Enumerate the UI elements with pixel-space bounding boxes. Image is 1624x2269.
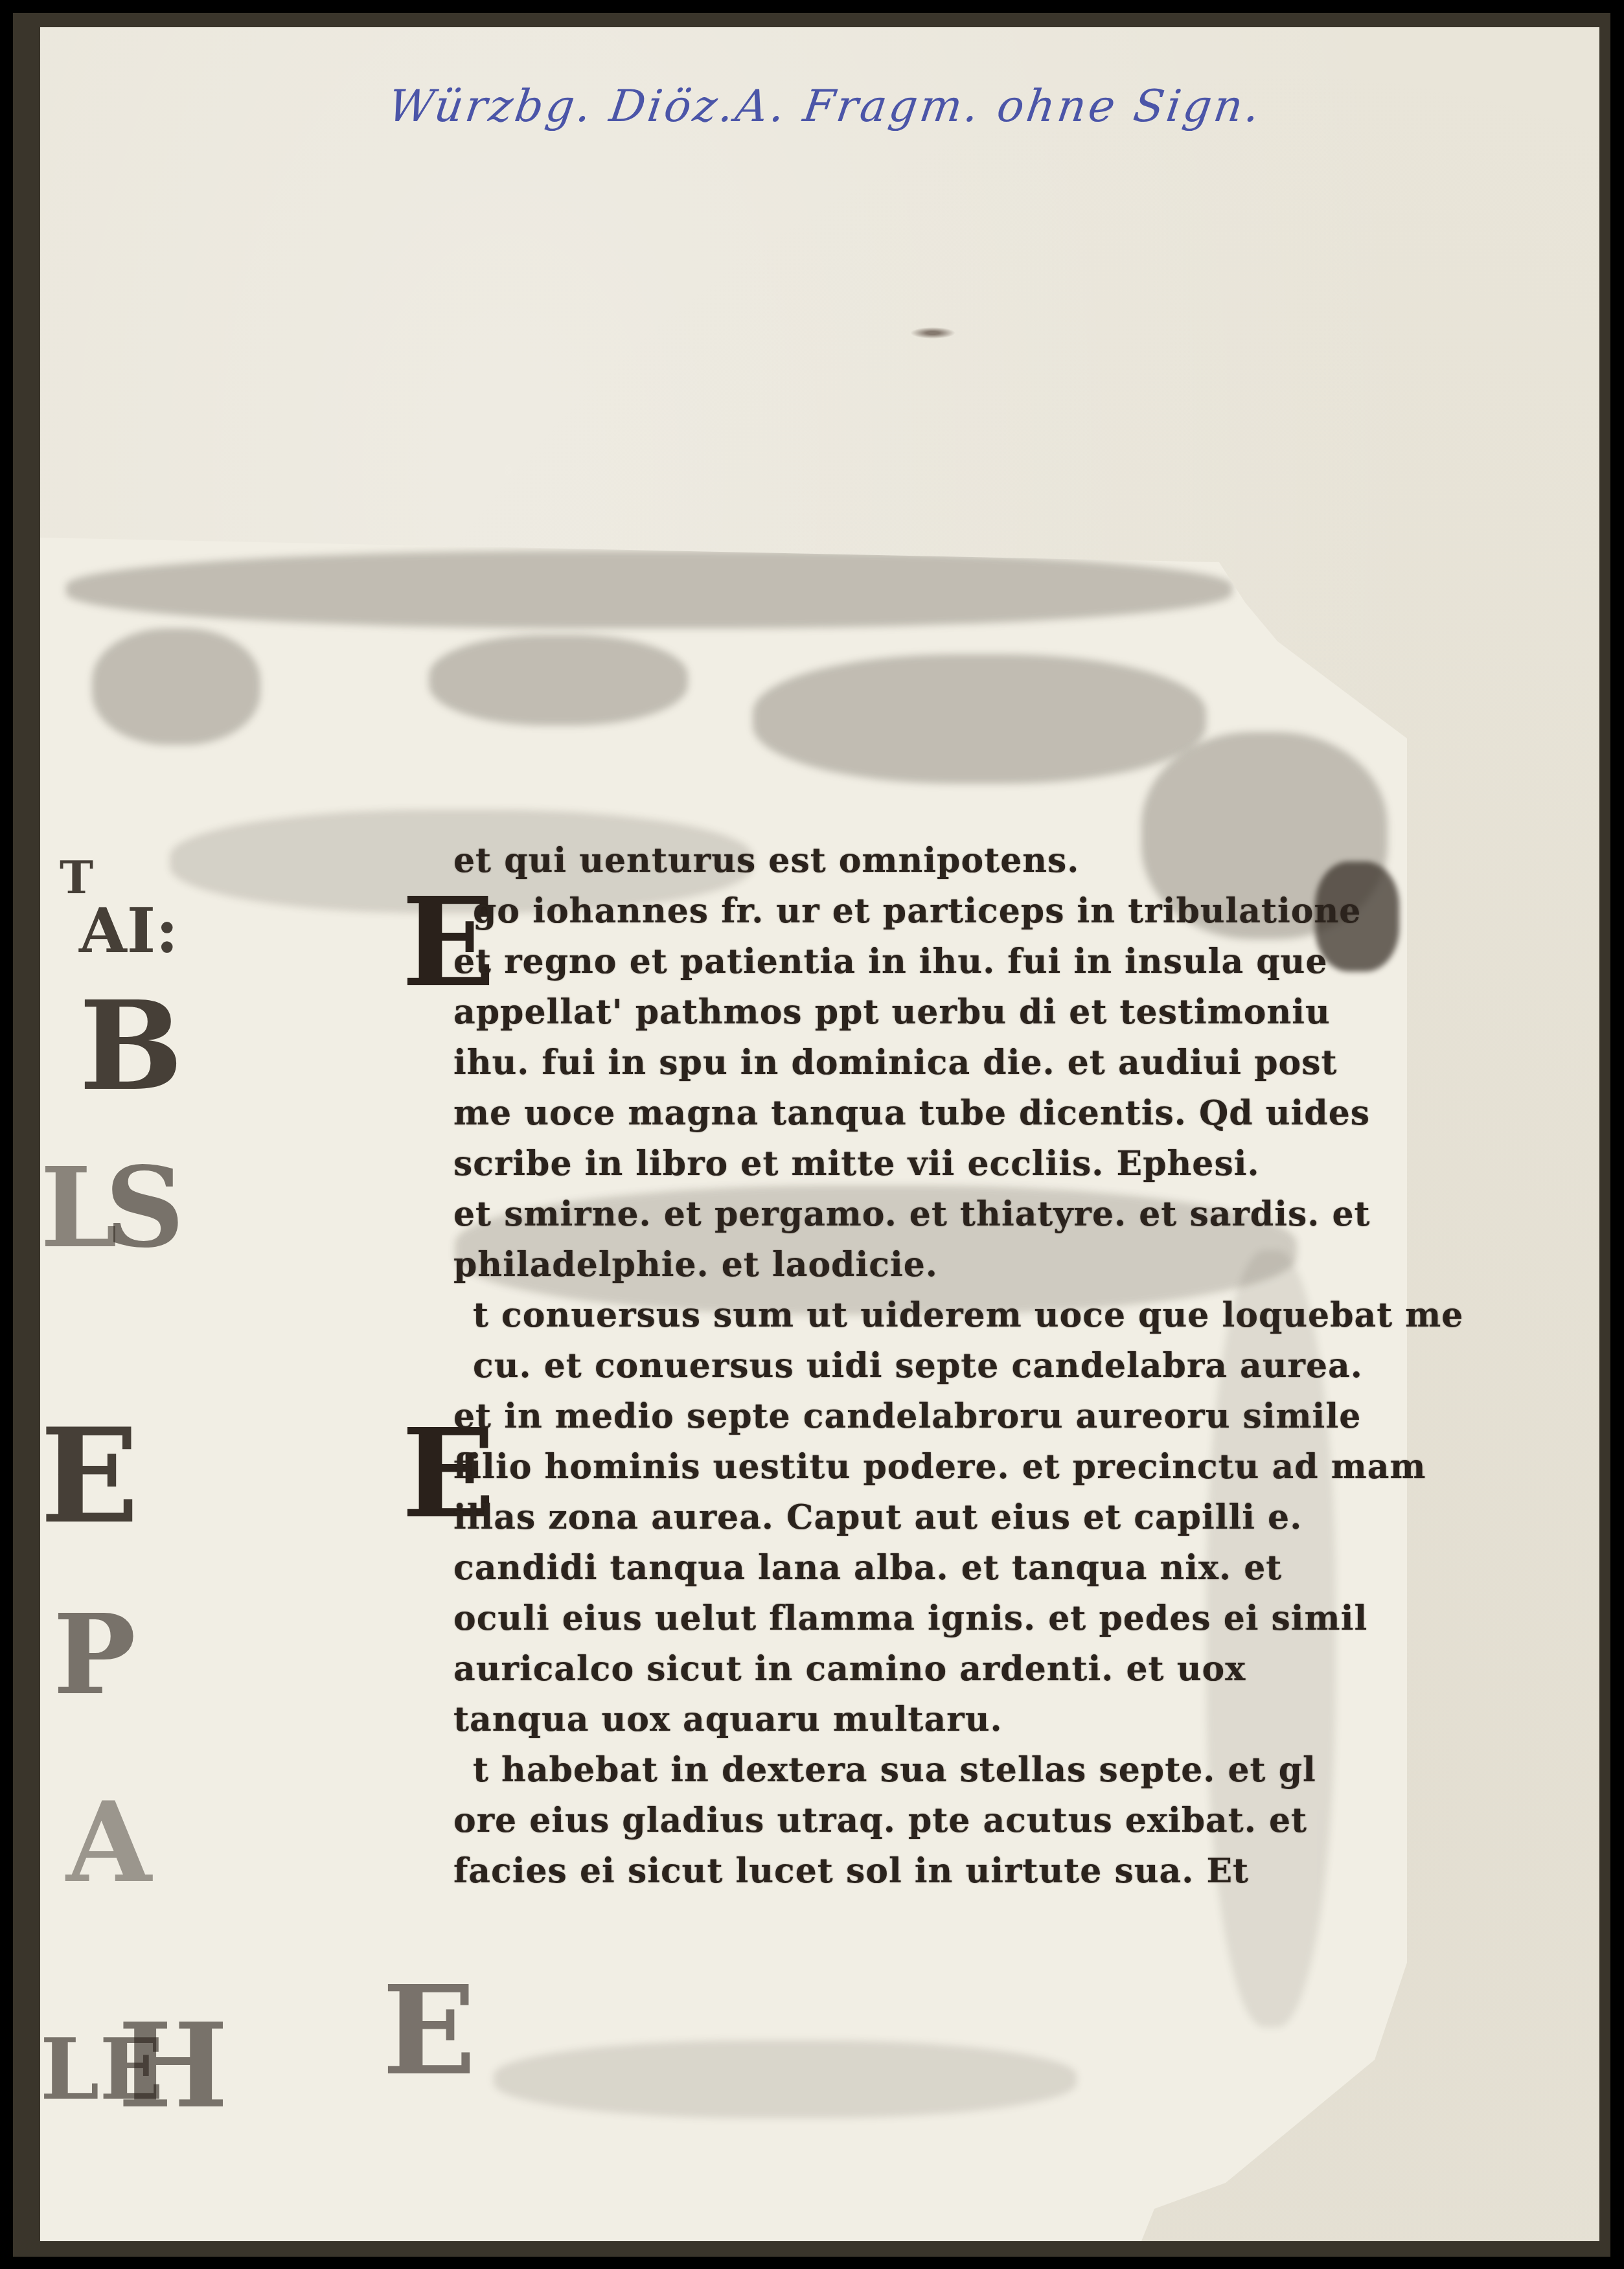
manuscript-line: cu. et conuersus uidi septe candelabra a… (453, 1341, 1373, 1391)
manuscript-line: philadelphie. et laodicie. (453, 1240, 1373, 1290)
stain (92, 628, 260, 745)
initial-letter: E (382, 1969, 476, 2092)
manuscript-line: oculi eius uelut flamma ignis. et pedes … (453, 1593, 1373, 1644)
manuscript-line: t habebat in dextera sua stellas septe. … (453, 1745, 1373, 1796)
manuscript-line: appellat' pathmos ppt uerbu di et testim… (453, 987, 1373, 1038)
manuscript-line: candidi tanqua lana alba. et tanqua nix.… (453, 1543, 1373, 1593)
manuscript-line: et smirne. et pergamo. et thiatyre. et s… (453, 1189, 1373, 1240)
manuscript-line: facies ei sicut lucet sol in uirtute sua… (453, 1846, 1373, 1897)
margin-letter: H (118, 2008, 228, 2125)
margin-letter: L (40, 1153, 118, 1263)
manuscript-line: scribe in libro et mitte vii eccliis. Ep… (453, 1139, 1373, 1189)
manuscript-line: me uoce magna tanqua tube dicentis. Qd u… (453, 1088, 1373, 1139)
manuscript-line: et regno et patientia in ihu. fui in ins… (453, 937, 1373, 987)
margin-offset-letters: T AI: B S L E P A LE H (40, 842, 209, 2170)
manuscript-line: ore eius gladius utraq. pte acutus exiba… (453, 1796, 1373, 1846)
top-stain (66, 551, 1232, 628)
stain (753, 654, 1206, 784)
stain (494, 2040, 1077, 2118)
margin-letter: AI: (79, 900, 178, 962)
manuscript-line: et in medio septe candelabroru aureoru s… (453, 1391, 1373, 1442)
manuscript-line: auricalco sicut in camino ardenti. et uo… (453, 1644, 1373, 1694)
margin-letter: B (79, 985, 183, 1108)
margin-letter: A (66, 1788, 152, 1898)
margin-letter: P (53, 1600, 136, 1710)
manuscript-line: ihu. fui in spu in dominica die. et audi… (453, 1038, 1373, 1088)
manuscript-line: go iohannes fr. ur et particeps in tribu… (453, 886, 1373, 937)
stain (429, 635, 688, 725)
manuscript-text: et qui uenturus est omnipotens. go iohan… (453, 836, 1373, 1897)
manuscript-line: t conuersus sum ut uiderem uoce que loqu… (453, 1290, 1373, 1341)
manuscript-line: tanqua uox aquaru multaru. (453, 1694, 1373, 1745)
archive-annotation: Würzbg. Diöz.A. Fragm. ohne Sign. (385, 81, 1265, 132)
margin-letter: T (60, 855, 93, 900)
stray-ink-mark (910, 327, 955, 339)
manuscript-line: illas zona aurea. Caput aut eius et capi… (453, 1492, 1373, 1543)
manuscript-line: et qui uenturus est omnipotens. (453, 836, 1373, 886)
manuscript-line: filio hominis uestitu podere. et precinc… (453, 1442, 1373, 1492)
margin-letter: E (40, 1412, 139, 1542)
